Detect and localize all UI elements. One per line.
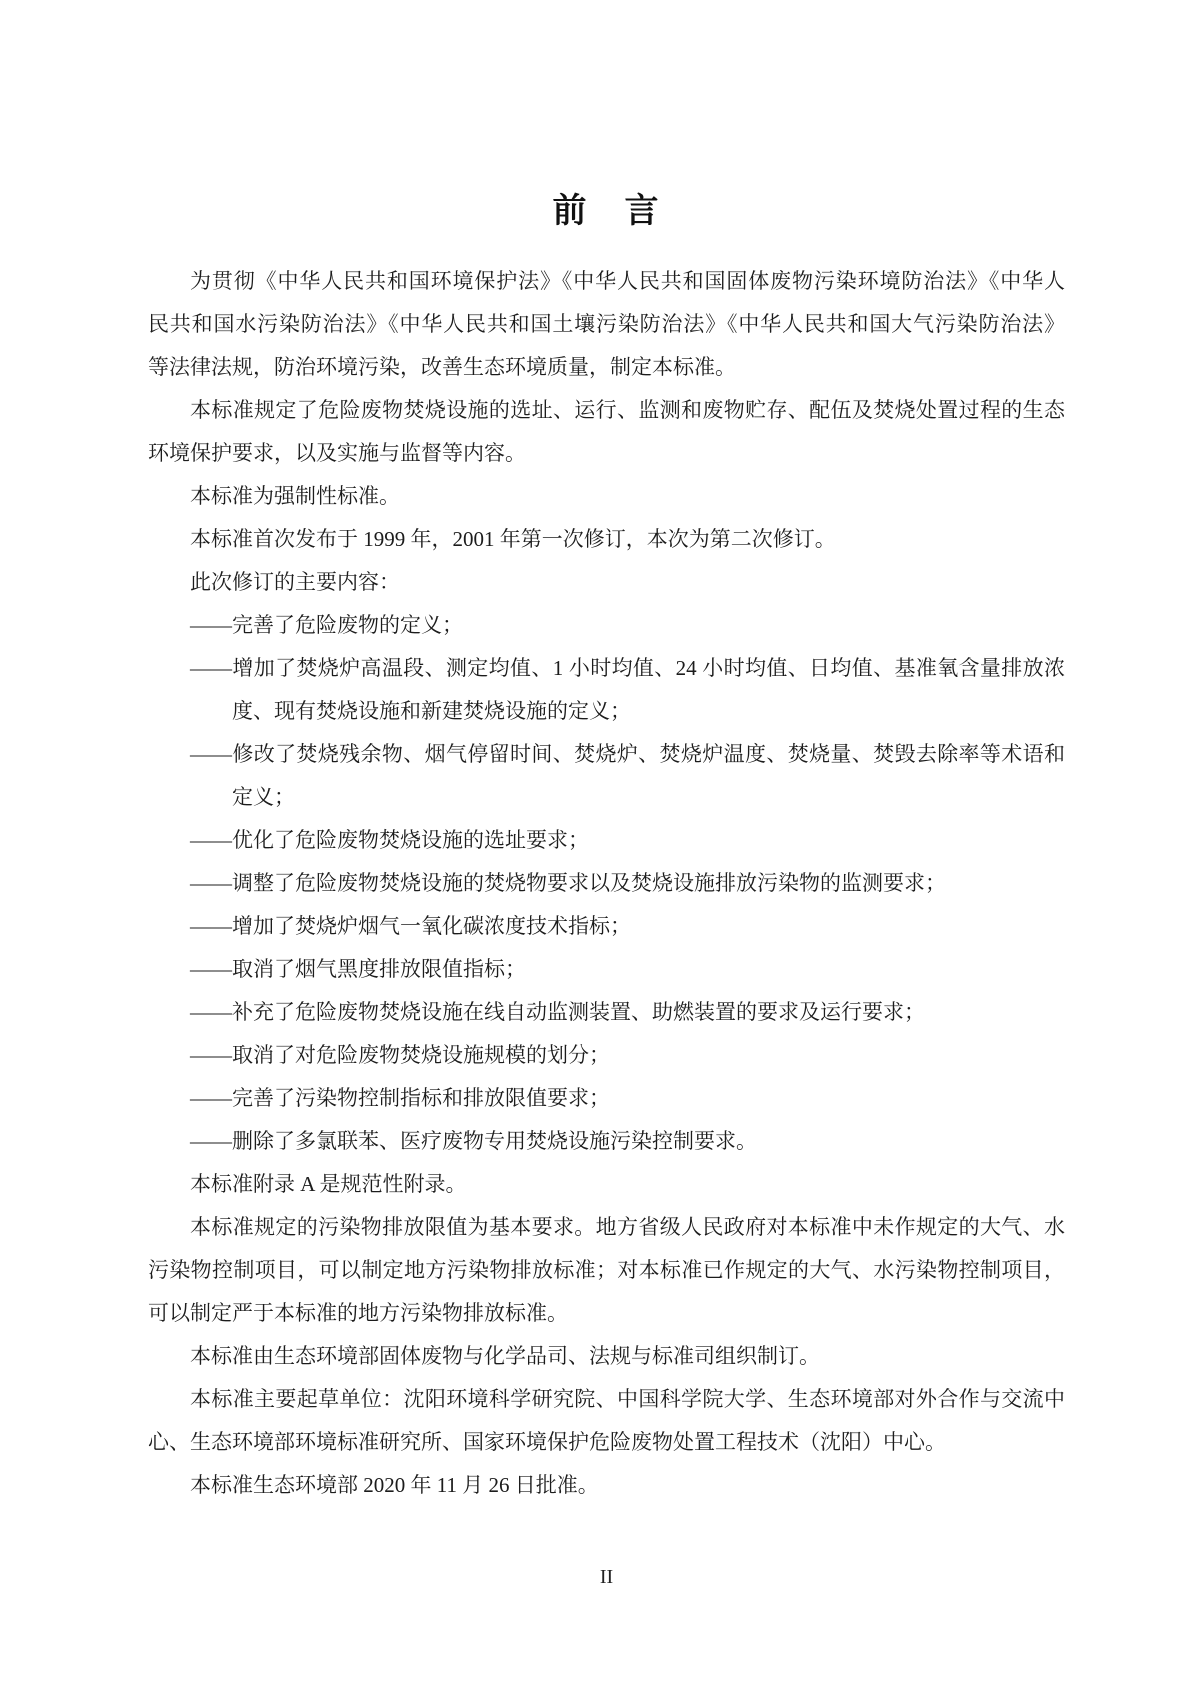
text-line: ——取消了烟气黑度排放限值指标； [148, 948, 1065, 991]
text-line: 本标准为强制性标准。 [148, 475, 1065, 518]
text-line: 环境保护要求，以及实施与监督等内容。 [148, 432, 1065, 475]
text-line: 本标准首次发布于 1999 年，2001 年第一次修订，本次为第二次修订。 [148, 518, 1065, 561]
text-line: ——增加了焚烧炉烟气一氧化碳浓度技术指标； [148, 905, 1065, 948]
text-line: 此次修订的主要内容： [148, 561, 1065, 604]
text-line: ——修改了焚烧残余物、烟气停留时间、焚烧炉、焚烧炉温度、焚烧量、焚毁去除率等术语… [148, 733, 1065, 776]
text-line: ——补充了危险废物焚烧设施在线自动监测装置、助燃装置的要求及运行要求； [148, 991, 1065, 1034]
text-line: 等法律法规，防治环境污染，改善生态环境质量，制定本标准。 [148, 346, 1065, 389]
text-line: ——增加了焚烧炉高温段、测定均值、1 小时均值、24 小时均值、日均值、基准氧含… [148, 647, 1065, 690]
text-line: 可以制定严于本标准的地方污染物排放标准。 [148, 1292, 1065, 1335]
text-line: 度、现有焚烧设施和新建焚烧设施的定义； [148, 690, 1065, 733]
page-number: II [148, 1566, 1065, 1589]
document-page: 前 言 为贯彻《中华人民共和国环境保护法》《中华人民共和国固体废物污染环境防治法… [0, 0, 1190, 1683]
text-line: ——完善了危险废物的定义； [148, 604, 1065, 647]
text-line: ——优化了危险废物焚烧设施的选址要求； [148, 819, 1065, 862]
text-line: 本标准主要起草单位：沈阳环境科学研究院、中国科学院大学、生态环境部对外合作与交流… [148, 1378, 1065, 1421]
document-lines: 为贯彻《中华人民共和国环境保护法》《中华人民共和国固体废物污染环境防治法》《中华… [148, 260, 1065, 1507]
text-line: ——调整了危险废物焚烧设施的焚烧物要求以及焚烧设施排放污染物的监测要求； [148, 862, 1065, 905]
text-line: 为贯彻《中华人民共和国环境保护法》《中华人民共和国固体废物污染环境防治法》《中华… [148, 260, 1065, 303]
text-line: 污染物控制项目，可以制定地方污染物排放标准；对本标准已作规定的大气、水污染物控制… [148, 1249, 1065, 1292]
text-line: ——删除了多氯联苯、医疗废物专用焚烧设施污染控制要求。 [148, 1120, 1065, 1163]
text-line: 心、生态环境部环境标准研究所、国家环境保护危险废物处置工程技术（沈阳）中心。 [148, 1421, 1065, 1464]
document-content: 前 言 为贯彻《中华人民共和国环境保护法》《中华人民共和国固体废物污染环境防治法… [148, 0, 1065, 1507]
text-line: 民共和国水污染防治法》《中华人民共和国土壤污染防治法》《中华人民共和国大气污染防… [148, 303, 1065, 346]
text-line: ——完善了污染物控制指标和排放限值要求； [148, 1077, 1065, 1120]
text-line: 本标准由生态环境部固体废物与化学品司、法规与标准司组织制订。 [148, 1335, 1065, 1378]
text-line: ——取消了对危险废物焚烧设施规模的划分； [148, 1034, 1065, 1077]
text-line: 本标准规定的污染物排放限值为基本要求。地方省级人民政府对本标准中未作规定的大气、… [148, 1206, 1065, 1249]
text-line: 定义； [148, 776, 1065, 819]
text-line: 本标准规定了危险废物焚烧设施的选址、运行、监测和废物贮存、配伍及焚烧处置过程的生… [148, 389, 1065, 432]
text-line: 本标准生态环境部 2020 年 11 月 26 日批准。 [148, 1464, 1065, 1507]
page-title: 前 言 [148, 188, 1065, 234]
text-line: 本标准附录 A 是规范性附录。 [148, 1163, 1065, 1206]
